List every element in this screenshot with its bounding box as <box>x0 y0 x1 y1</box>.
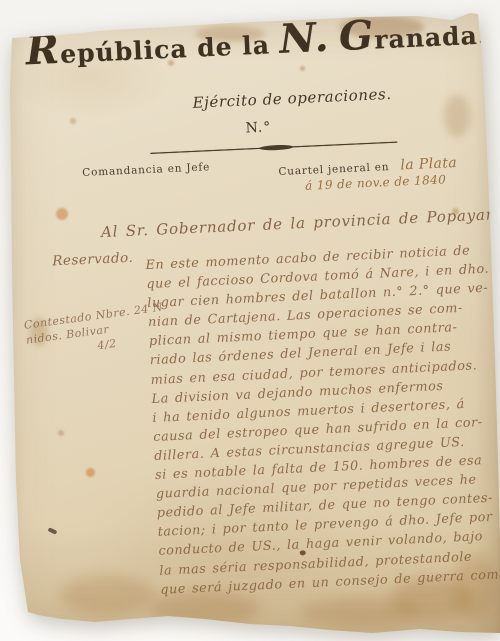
body-line: La division va dejando muchos enfermos <box>151 375 482 409</box>
ink-fleck <box>48 527 58 534</box>
stain <box>168 60 174 66</box>
body-line: conducto de US., la haga venir volando, … <box>158 527 489 561</box>
margin-annotation-line: 4/2 <box>96 329 167 353</box>
body-line: lugar cien hombres del batallon n.° 2.° … <box>147 279 478 313</box>
body-line: la mas séria responsabilidad, protestand… <box>159 546 490 580</box>
letter-body: En este momento acabo de recibir noticia… <box>145 241 490 599</box>
stain <box>390 578 475 620</box>
margin-note-reservado: Reservado. <box>52 250 134 270</box>
body-line: causa del estropeo que han sufrido en la… <box>153 413 484 447</box>
body-line: riado las órdenes del Jeneral en Jefe i … <box>149 337 480 371</box>
ink-blot <box>300 550 306 555</box>
stain <box>340 16 424 38</box>
body-line: si es notable la falta de 150. hombres d… <box>155 451 486 485</box>
photo-scene: República de la N. Granada. Ejército de … <box>0 0 500 641</box>
margin-annotation-line: Contestado Nbre. 24 N <box>23 299 164 332</box>
field-cuartel-general: Cuartel jeneral en la Plata <box>278 152 457 179</box>
letterhead-title-part: Granada. <box>339 20 488 56</box>
body-line: plican al mismo tiempo que se han contra… <box>149 318 480 352</box>
divider-ornament <box>259 144 293 151</box>
body-line: nian de Cartajena. Las operaciones se co… <box>148 298 479 332</box>
field-cuartel-printed: Cuartel jeneral en <box>278 161 389 178</box>
letterhead-number-label: N.° <box>245 119 272 136</box>
body-line: guardia nacional que por repetidas veces… <box>156 470 487 504</box>
document-paper: República de la N. Granada. Ejército de … <box>0 0 500 641</box>
letterhead-title: República de la N. Granada. <box>25 20 488 70</box>
stain <box>56 208 68 220</box>
body-line: que será juzgado en un consejo de guerra… <box>160 565 491 599</box>
stain <box>452 555 497 620</box>
field-date-handwritten: á 19 de nov.e de 1840 <box>305 172 447 192</box>
stain <box>150 592 260 626</box>
body-line: mias en esa ciudad, por temores anticipa… <box>150 356 481 390</box>
divider-rule <box>150 141 397 155</box>
body-line: que el faccioso Cordova tomó á Nare, i e… <box>146 260 477 294</box>
stain <box>195 26 265 42</box>
paper-shadow: República de la N. Granada. Ejército de … <box>0 0 500 641</box>
stain <box>444 95 470 137</box>
divider-line <box>150 142 397 154</box>
address-line: Al Sr. Gobernador de la provincia de Pop… <box>101 205 500 241</box>
body-line: dillera. A estas circunstancias agregue … <box>154 432 485 466</box>
field-comandancia: Comandancia en Jefe <box>82 161 210 179</box>
letterhead-title-part: N. <box>279 28 330 59</box>
stain <box>86 468 95 477</box>
page-content: República de la N. Granada. Ejército de … <box>12 15 500 636</box>
stain <box>70 118 76 124</box>
stain <box>60 575 155 615</box>
field-place-handwritten: la Plata <box>400 155 457 174</box>
body-line: pedido al Jefe militar, de que no tengo … <box>156 489 487 523</box>
body-line: i ha tenido algunos muertos i desertores… <box>152 394 483 428</box>
stain <box>30 318 48 346</box>
stain <box>300 66 305 71</box>
stain <box>58 430 64 436</box>
margin-annotation: Contestado Nbre. 24 N nidos. Bolivar 4/2 <box>23 299 168 362</box>
body-line: En este momento acabo de recibir noticia… <box>145 241 476 275</box>
letterhead-subtitle: Ejército de operaciones. <box>192 85 392 112</box>
letterhead-title-part: República de la <box>25 30 270 70</box>
stain <box>300 598 420 626</box>
margin-annotation-line: nidos. Bolivar <box>25 314 166 347</box>
stain <box>452 208 459 215</box>
body-line: tacion; i por tanto le prevengo á dho. J… <box>157 508 488 542</box>
